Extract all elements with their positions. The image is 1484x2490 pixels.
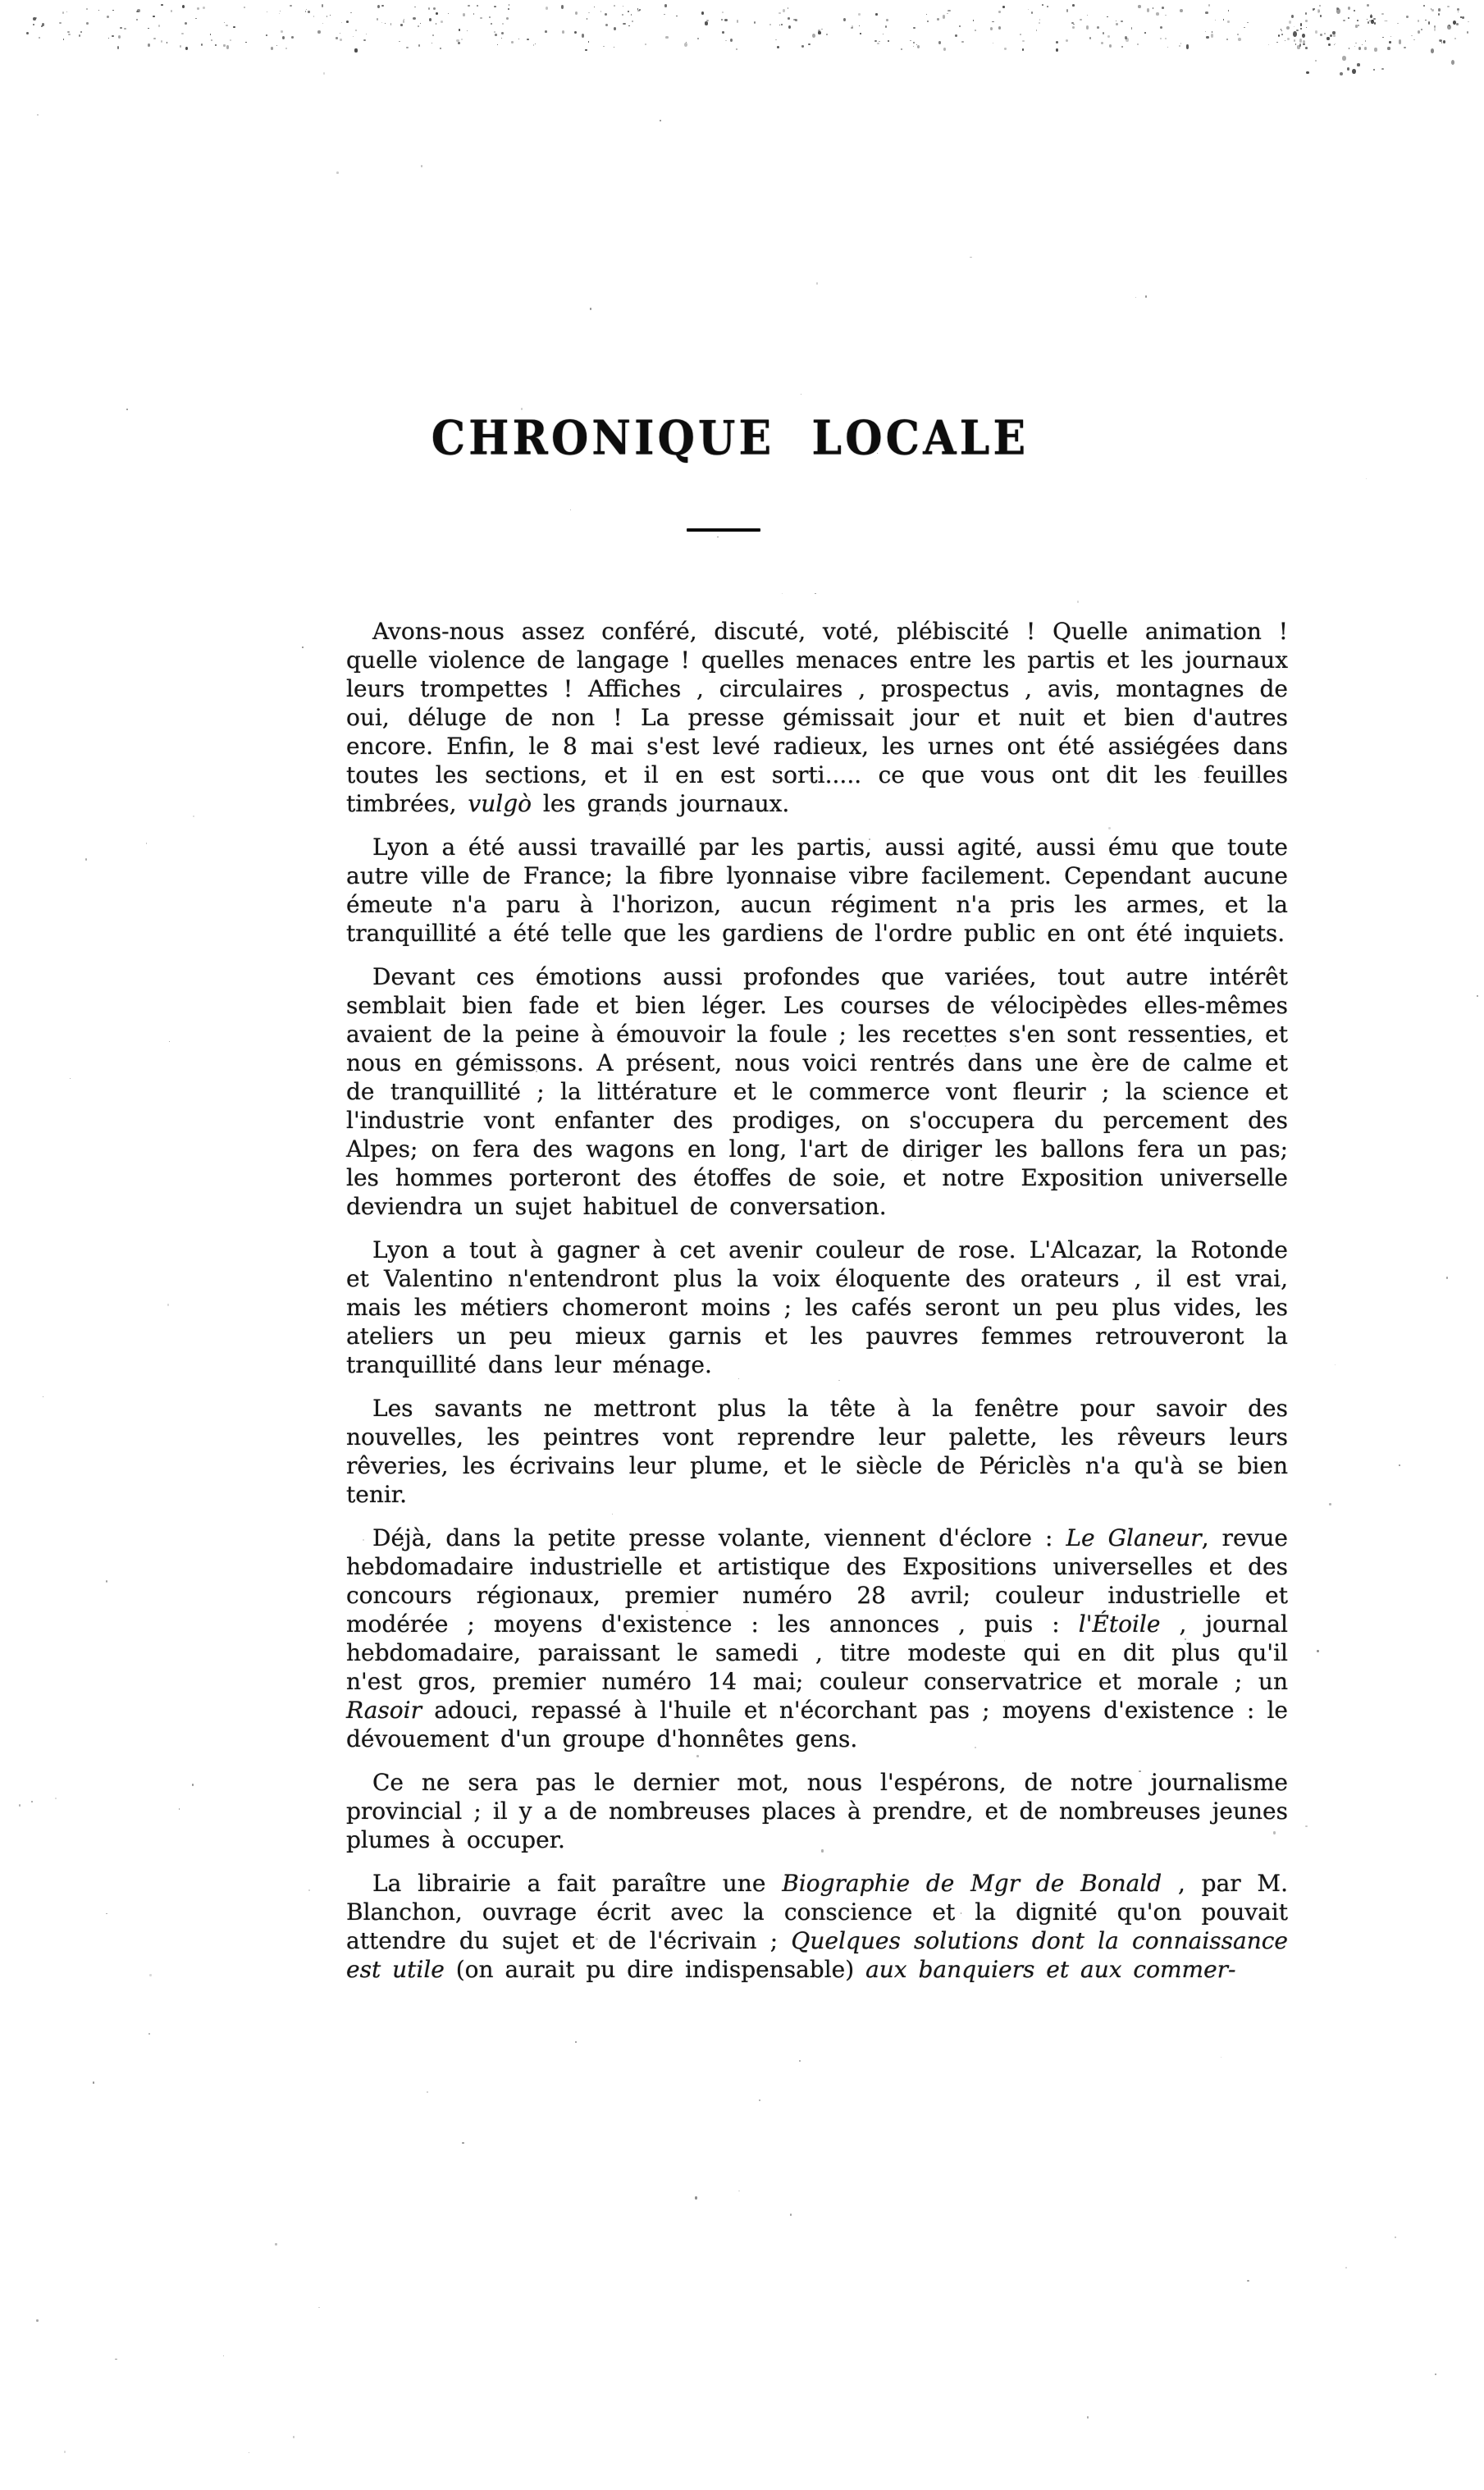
noise-speck — [403, 20, 404, 22]
noise-speck — [473, 13, 474, 15]
noise-speck — [306, 9, 307, 11]
noise-speck — [340, 33, 340, 34]
noise-speck — [64, 2451, 66, 2453]
noise-speck — [1326, 37, 1329, 40]
noise-speck — [1335, 1364, 1336, 1365]
noise-speck — [1300, 28, 1302, 30]
noise-speck — [400, 24, 403, 26]
noise-speck — [801, 45, 804, 48]
noise-speck — [1345, 2267, 1348, 2268]
noise-speck — [858, 13, 860, 16]
noise-speck — [1451, 60, 1454, 65]
noise-speck — [341, 22, 342, 23]
noise-speck — [1357, 63, 1359, 66]
noise-speck — [574, 31, 577, 34]
noise-speck — [406, 47, 409, 49]
noise-speck — [86, 8, 88, 11]
noise-speck — [291, 36, 294, 39]
noise-speck — [148, 2033, 149, 2034]
noise-speck — [781, 24, 783, 25]
noise-speck — [639, 9, 642, 11]
noise-speck — [1343, 20, 1345, 22]
noise-speck — [1399, 39, 1402, 44]
noise-speck — [215, 44, 217, 46]
noise-speck — [1387, 47, 1390, 51]
noise-speck — [1126, 38, 1129, 41]
noise-speck — [421, 165, 423, 167]
noise-speck — [63, 39, 64, 40]
noise-speck — [323, 72, 325, 75]
noise-speck — [885, 25, 887, 28]
body-text: La librairie a fait paraître une — [372, 1870, 782, 1897]
noise-speck — [158, 25, 160, 27]
noise-speck — [169, 1041, 171, 1042]
noise-speck — [1468, 21, 1469, 23]
noise-speck — [509, 4, 509, 6]
noise-speck — [1385, 21, 1386, 21]
noise-speck — [1145, 295, 1147, 298]
noise-speck — [843, 18, 846, 21]
noise-speck — [874, 40, 877, 42]
italic-text: vulgò — [468, 790, 532, 817]
noise-speck — [860, 33, 861, 34]
noise-speck — [603, 46, 604, 47]
noise-speck — [1453, 21, 1456, 25]
noise-speck — [1456, 23, 1459, 25]
noise-speck — [943, 48, 946, 51]
noise-speck — [1446, 1277, 1448, 1279]
noise-speck — [1399, 1464, 1400, 1466]
noise-speck — [779, 12, 780, 15]
noise-speck — [433, 7, 436, 10]
noise-speck — [545, 30, 547, 33]
noise-speck — [588, 12, 589, 13]
noise-speck — [799, 2060, 801, 2062]
noise-speck — [201, 43, 203, 46]
noise-speck — [1208, 4, 1210, 7]
noise-speck — [1305, 20, 1308, 22]
noise-speck — [336, 37, 337, 39]
noise-speck — [467, 30, 468, 31]
noise-speck — [148, 28, 149, 30]
noise-speck — [42, 23, 44, 26]
noise-speck — [901, 48, 902, 50]
body-text: Les savants ne mettront plus la tête à l… — [346, 1395, 1288, 1508]
noise-speck — [1022, 48, 1024, 51]
noise-speck — [664, 4, 667, 7]
noise-speck — [1165, 38, 1167, 39]
noise-speck — [1354, 10, 1356, 12]
noise-speck — [167, 42, 168, 43]
scanned-page: CHRONIQUE LOCALE Avons-nous assez confér… — [0, 0, 1484, 2490]
noise-speck — [614, 5, 615, 7]
noise-speck — [1180, 9, 1183, 12]
noise-speck — [1039, 22, 1040, 24]
noise-speck — [1281, 29, 1282, 30]
noise-speck — [1160, 26, 1162, 29]
paragraph: Déjà, dans la petite presse volante, vie… — [346, 1524, 1288, 1753]
noise-speck — [245, 42, 246, 43]
noise-speck — [106, 1580, 107, 1583]
noise-speck — [1369, 21, 1370, 22]
noise-speck — [136, 19, 137, 21]
noise-speck — [926, 14, 927, 15]
noise-speck — [793, 19, 796, 21]
noise-speck — [879, 41, 879, 42]
noise-speck — [355, 30, 356, 31]
noise-speck — [1221, 2057, 1221, 2058]
noise-speck — [1289, 21, 1291, 24]
noise-speck — [108, 38, 109, 39]
noise-speck — [495, 34, 497, 35]
noise-speck — [664, 14, 664, 15]
noise-speck — [33, 17, 36, 21]
noise-speck — [721, 19, 724, 21]
noise-speck — [1372, 20, 1373, 21]
noise-speck — [153, 38, 156, 39]
noise-speck — [779, 25, 780, 25]
noise-speck — [1086, 25, 1089, 30]
noise-speck — [801, 394, 801, 395]
noise-speck — [1278, 34, 1280, 37]
italic-text: l'Étoile — [1079, 1611, 1161, 1638]
noise-speck — [1306, 71, 1308, 74]
noise-speck — [788, 7, 788, 9]
noise-speck — [55, 1798, 56, 1799]
noise-speck — [582, 34, 584, 38]
noise-speck — [637, 10, 639, 12]
noise-speck — [992, 21, 993, 23]
noise-speck — [494, 31, 495, 33]
noise-speck — [754, 21, 756, 24]
noise-speck — [1286, 26, 1290, 30]
noise-speck — [1097, 26, 1098, 29]
noise-speck — [1374, 48, 1377, 52]
noise-speck — [1211, 34, 1213, 37]
noise-speck — [1371, 14, 1372, 15]
noise-speck — [233, 26, 235, 28]
noise-speck — [462, 2142, 463, 2144]
noise-speck — [385, 23, 386, 25]
noise-speck — [1156, 12, 1158, 16]
noise-speck — [1299, 43, 1302, 47]
noise-speck — [1165, 15, 1166, 16]
noise-speck — [665, 36, 668, 39]
noise-speck — [1477, 995, 1478, 998]
noise-speck — [1386, 21, 1387, 22]
noise-speck — [1305, 1825, 1307, 1827]
noise-speck — [975, 30, 975, 31]
noise-speck — [31, 1801, 33, 1802]
noise-speck — [491, 23, 492, 24]
noise-speck — [1299, 39, 1302, 42]
paragraph: Lyon a été aussi travaillé par les parti… — [346, 833, 1288, 948]
noise-speck — [631, 14, 632, 16]
noise-speck — [852, 25, 853, 28]
noise-speck — [1125, 36, 1127, 39]
noise-speck — [497, 44, 498, 45]
noise-speck — [1206, 36, 1209, 39]
noise-speck — [614, 47, 615, 48]
noise-speck — [1295, 43, 1296, 45]
noise-speck — [1109, 44, 1112, 48]
italic-text: Biographie de Mgr de Bonald — [782, 1870, 1162, 1897]
noise-speck — [1089, 37, 1091, 39]
page-title: CHRONIQUE LOCALE — [432, 410, 1030, 465]
noise-speck — [927, 21, 929, 22]
noise-speck — [1072, 4, 1075, 7]
noise-speck — [192, 1784, 194, 1786]
noise-speck — [717, 537, 718, 538]
noise-speck — [826, 34, 828, 35]
noise-speck — [1340, 72, 1343, 75]
noise-speck — [623, 6, 624, 7]
noise-speck — [1302, 34, 1305, 38]
noise-speck — [888, 40, 889, 42]
noise-speck — [990, 27, 993, 30]
noise-speck — [26, 32, 29, 34]
noise-speck — [1333, 34, 1335, 37]
noise-speck — [1443, 40, 1445, 43]
noise-speck — [107, 16, 109, 18]
noise-speck — [725, 40, 727, 41]
noise-speck — [366, 34, 367, 34]
noise-speck — [354, 48, 357, 52]
noise-speck — [210, 34, 211, 34]
noise-speck — [340, 39, 342, 40]
noise-speck — [1186, 44, 1189, 48]
noise-speck — [1389, 41, 1390, 43]
noise-speck — [1441, 42, 1443, 43]
noise-speck — [275, 2243, 277, 2246]
noise-speck — [818, 31, 820, 34]
noise-speck — [706, 20, 708, 21]
noise-speck — [350, 12, 352, 13]
noise-speck — [1042, 4, 1043, 6]
noise-speck — [167, 1304, 169, 1306]
noise-speck — [1226, 39, 1228, 39]
noise-speck — [1056, 48, 1058, 52]
paragraph: Lyon a tout à gagner à cet avenir couleu… — [346, 1236, 1288, 1379]
noise-speck — [1039, 19, 1041, 21]
noise-speck — [1449, 25, 1450, 25]
noise-speck — [1349, 48, 1349, 49]
noise-speck — [43, 1396, 43, 1397]
noise-speck — [1460, 16, 1463, 18]
noise-speck — [795, 19, 797, 21]
noise-speck — [1121, 46, 1123, 47]
noise-speck — [1293, 31, 1297, 37]
noise-speck — [1423, 5, 1425, 7]
noise-speck — [477, 5, 478, 7]
noise-speck — [775, 39, 777, 40]
noise-speck — [480, 17, 482, 19]
noise-speck — [1328, 43, 1331, 46]
noise-speck — [736, 48, 737, 50]
noise-speck — [1131, 27, 1133, 29]
noise-speck — [318, 2307, 320, 2308]
noise-speck — [1285, 40, 1285, 41]
noise-speck — [1397, 23, 1399, 25]
noise-speck — [149, 1974, 151, 1976]
noise-speck — [346, 21, 349, 23]
noise-speck — [124, 28, 126, 30]
noise-speck — [628, 25, 630, 27]
noise-speck — [179, 1808, 180, 1810]
article-body: Avons-nous assez conféré, discuté, voté,… — [346, 617, 1288, 1999]
noise-speck — [180, 45, 181, 47]
noise-speck — [684, 43, 687, 47]
noise-speck — [494, 6, 496, 7]
body-text: Déjà, dans la petite presse volante, vie… — [372, 1524, 1066, 1551]
noise-speck — [815, 593, 816, 594]
noise-speck — [80, 31, 82, 33]
noise-speck — [153, 16, 155, 18]
noise-speck — [326, 16, 327, 17]
noise-speck — [590, 308, 591, 310]
noise-speck — [705, 21, 708, 25]
noise-speck — [594, 7, 596, 7]
noise-speck — [511, 41, 513, 43]
noise-speck — [913, 42, 915, 43]
noise-speck — [285, 48, 287, 49]
noise-speck — [193, 816, 194, 817]
noise-speck — [1212, 31, 1212, 32]
noise-speck — [1073, 24, 1075, 25]
noise-speck — [1438, 8, 1441, 11]
noise-speck — [998, 26, 1001, 30]
noise-speck — [1434, 28, 1436, 30]
noise-speck — [120, 27, 122, 30]
noise-speck — [1297, 45, 1300, 48]
noise-speck — [585, 49, 587, 52]
noise-speck — [126, 409, 128, 409]
noise-speck — [441, 21, 443, 22]
noise-speck — [146, 843, 147, 843]
noise-speck — [62, 11, 64, 14]
noise-speck — [587, 18, 587, 20]
body-text: Lyon a tout à gagner à cet avenir couleu… — [346, 1236, 1288, 1378]
noise-speck — [413, 17, 416, 20]
noise-speck — [1373, 69, 1375, 71]
noise-speck — [1244, 27, 1244, 28]
noise-speck — [1268, 44, 1269, 45]
noise-speck — [910, 40, 911, 42]
noise-speck — [1358, 47, 1361, 50]
noise-speck — [317, 30, 320, 34]
noise-speck — [1447, 25, 1451, 30]
noise-speck — [605, 13, 607, 16]
noise-speck — [1227, 21, 1229, 23]
noise-speck — [313, 16, 314, 17]
noise-speck — [279, 13, 280, 14]
noise-speck — [115, 2359, 117, 2360]
noise-speck — [399, 41, 400, 43]
noise-speck — [1179, 45, 1180, 47]
noise-speck — [106, 1913, 107, 1914]
noise-speck — [877, 43, 880, 44]
noise-speck — [645, 43, 646, 45]
noise-speck — [1418, 30, 1420, 34]
noise-speck — [502, 23, 504, 25]
noise-speck — [737, 20, 739, 23]
noise-speck — [1317, 1650, 1319, 1652]
noise-speck — [1319, 5, 1321, 7]
noise-speck — [182, 5, 185, 8]
noise-speck — [226, 45, 229, 48]
noise-speck — [1332, 31, 1336, 34]
noise-speck — [533, 44, 534, 46]
noise-speck — [851, 27, 853, 29]
noise-speck — [1320, 15, 1322, 17]
noise-speck — [937, 18, 939, 21]
noise-speck — [821, 29, 822, 30]
noise-speck — [1374, 22, 1377, 24]
title-divider-rule — [687, 528, 760, 532]
noise-speck — [812, 34, 815, 38]
noise-speck — [1462, 16, 1463, 19]
noise-speck — [1439, 39, 1442, 42]
noise-speck — [1362, 44, 1363, 46]
noise-speck — [947, 13, 948, 15]
noise-speck — [1144, 32, 1147, 34]
noise-speck — [1318, 11, 1319, 11]
noise-speck — [686, 42, 687, 43]
noise-speck — [93, 2081, 94, 2083]
noise-speck — [1335, 43, 1336, 44]
noise-speck — [1425, 20, 1427, 21]
noise-speck — [36, 2319, 38, 2322]
noise-speck — [1454, 38, 1456, 39]
noise-speck — [377, 5, 380, 8]
noise-speck — [1296, 30, 1299, 32]
noise-speck — [1367, 4, 1369, 7]
noise-speck — [429, 18, 432, 21]
noise-speck — [1334, 44, 1335, 46]
noise-speck — [1306, 27, 1308, 28]
noise-speck — [459, 29, 460, 31]
noise-speck — [224, 22, 225, 23]
noise-speck — [171, 10, 172, 12]
noise-speck — [1313, 8, 1314, 10]
noise-speck — [230, 39, 231, 41]
noise-speck — [1365, 40, 1366, 42]
body-text: les grands journaux. — [532, 790, 789, 817]
noise-speck — [676, 16, 678, 16]
paragraph: Ce ne sera pas le dernier mot, nous l'es… — [346, 1768, 1288, 1854]
noise-speck — [808, 43, 810, 45]
noise-speck — [886, 19, 888, 21]
noise-speck — [197, 7, 199, 9]
noise-speck — [137, 9, 139, 12]
noise-speck — [759, 2099, 760, 2101]
body-text: (on aurait pu dire indispensable) — [445, 1956, 865, 1983]
noise-speck — [39, 37, 40, 39]
noise-speck — [1441, 40, 1441, 42]
noise-speck — [70, 1078, 71, 1079]
noise-speck — [185, 22, 187, 25]
noise-speck — [1435, 2373, 1436, 2375]
noise-speck — [79, 34, 80, 37]
noise-speck — [1317, 9, 1320, 13]
noise-speck — [148, 43, 150, 47]
noise-speck — [281, 30, 283, 32]
noise-speck — [1413, 39, 1414, 40]
noise-speck — [738, 2191, 740, 2192]
noise-speck — [1138, 5, 1141, 9]
noise-speck — [518, 39, 519, 39]
noise-speck — [788, 25, 791, 29]
